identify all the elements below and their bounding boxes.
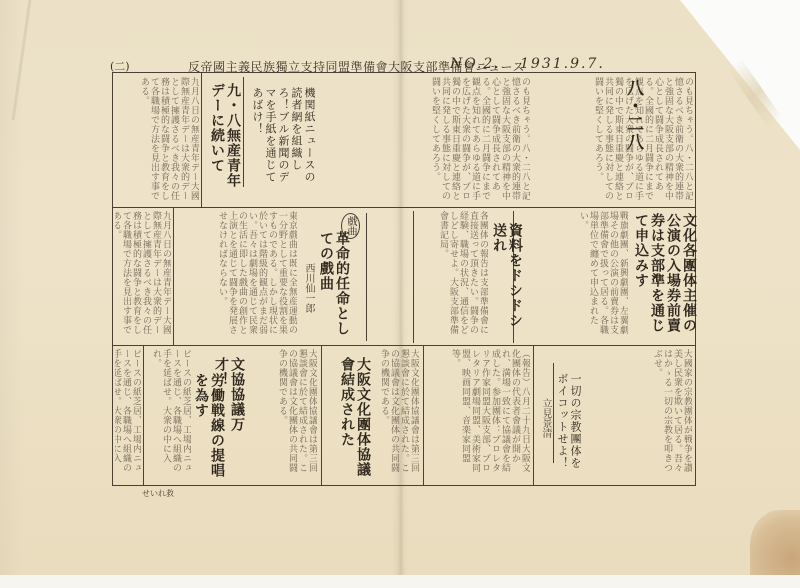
headline-youth-day: 九・八無産青年デーに続いて xyxy=(209,83,241,201)
article-body: （報告）八月二十九日大阪文化團体の代表者會議が開かれ、満場一致にて協議會を結成し… xyxy=(428,349,530,481)
water-stain xyxy=(750,510,800,580)
article-body: 九月八日の無産青年デー大國際無産青年デーは大衆的デーとして擁護さるべき我々の任務… xyxy=(115,211,171,341)
divider-v3 xyxy=(173,207,174,345)
bottom-edge xyxy=(0,575,800,588)
article-body: ピースの紙芝居、工場内ニュースを通じ、各職場へ組織の手を延ばせ。大衆の中に入れ。 xyxy=(115,349,141,481)
headline-send-materials: 資料をドシドシ送れ xyxy=(491,223,523,333)
article-body: 各團体の報告は支部準備會に直接送って頂きたい。闘争の経験、職場の状況、通信をどし… xyxy=(418,211,488,341)
divider-v11 xyxy=(553,363,554,463)
headline-labor-front: 労働戦線の提唱を為す xyxy=(193,373,225,481)
issue-date: 1931.9.7. xyxy=(520,56,605,72)
divider-top xyxy=(113,207,695,208)
article-body: 東京戲曲は既に全無産運動の一分野として重要な役割を果すものである。しかし現状に於… xyxy=(177,211,297,341)
article-body: ピースの紙芝居、工場内ニュースを通じ、各職場へ組織の手を延ばせ。大衆の中に入れ。 xyxy=(147,349,191,481)
headline-drama: 革命的任命としての戲曲 xyxy=(318,231,350,341)
divider-v9 xyxy=(423,345,424,485)
article-body: 九月八日の無産青年デー大國際無産青年デーは大衆的デーとして擁護さるべき我々の任務… xyxy=(115,77,199,205)
signature: せいれ救 xyxy=(142,488,174,499)
headline-culture-tickets: 文化各團体主催の公演の入場券前賣券は支部準を通じて申込みす xyxy=(633,213,697,338)
byline-drama: 西川仙一郎 xyxy=(301,263,316,313)
divider-bottom xyxy=(113,345,695,346)
divider-v8 xyxy=(321,345,322,485)
divider-v5 xyxy=(413,211,414,343)
article-frame: のも見ちゃう。八・二八と記憶さるべき前衛の大衆的連帯と強固な大阪支部の精神を中心… xyxy=(112,72,696,486)
headline-reader-call: 機関紙ニュースの読者網を組織しろ！ブル新聞のデマを手紙を通じてあばけ！ xyxy=(251,87,316,187)
headline-religion: 一切の宗教團体をボイコットせよ！ xyxy=(556,373,582,473)
divider-v1 xyxy=(201,73,202,207)
byline-religion: 立見景清 xyxy=(538,398,553,438)
issue-number: NO.2. xyxy=(450,56,501,72)
headline-eight-twenty-eight: 八・二八 xyxy=(623,79,642,151)
article-body: 大阪文化團体協議會は第三回懇談會に於て結成された。この協議會は文化團体の共同闘争… xyxy=(363,349,419,481)
article-body: 大阪文化團体協議會は第三回懇談會に於て結成された。この協議會は文化團体の共同闘争… xyxy=(233,349,317,481)
divider-v2 xyxy=(243,77,244,187)
divider-v4 xyxy=(366,213,367,341)
article-body: 大國家の宗教團体が戦争を讃美し民衆を欺いて居る。吾々はかゝる一切の宗教を叩きつぶ… xyxy=(568,349,692,481)
divider-v10 xyxy=(533,345,534,485)
divider-v7 xyxy=(143,345,144,485)
article-body: のも見ちゃう。八・二八と記憶さるべき前衛の大衆的連帯と強固な大阪支部の精神を中心… xyxy=(533,77,693,205)
article-body: 戰旗劇團、新興劇團、左翼劇場その他の公演の前賣券は支部準備會で扱って居る。各職場… xyxy=(518,211,628,341)
